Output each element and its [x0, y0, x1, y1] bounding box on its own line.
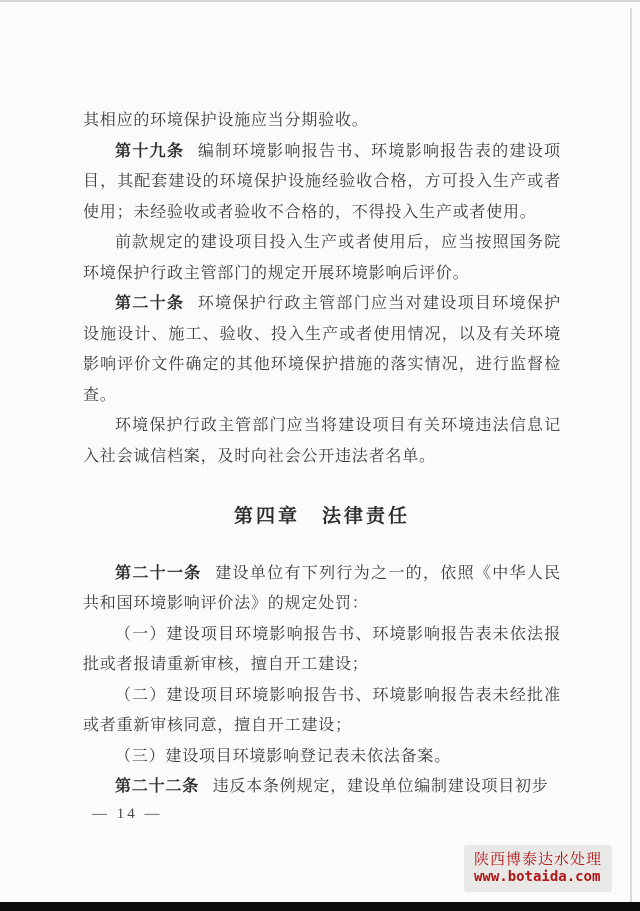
scan-right-edge [630, 8, 632, 902]
watermark-url: www.botaida.com [474, 869, 602, 886]
article-number: 第十九条 [115, 143, 184, 160]
article-number: 第二十条 [115, 295, 184, 312]
paragraph: 其相应的环境保护设施应当分期验收。 [83, 106, 561, 137]
paragraph: （一）建设项目环境影响报告书、环境影响报告表未依法报批或者报请重新审核，擅自开工… [83, 620, 561, 681]
scan-bottom-bar [0, 902, 640, 911]
paragraph: 第二十条环境保护行政主管部门应当对建设项目环境保护设施设计、施工、验收、投入生产… [83, 289, 561, 411]
paragraph: 第十九条编制环境影响报告书、环境影响报告表的建设项目，其配套建设的环境保护设施经… [83, 137, 561, 229]
article-number: 第二十一条 [115, 565, 202, 582]
chapter-heading: 第四章 法律责任 [83, 502, 561, 533]
document-page: 其相应的环境保护设施应当分期验收。第十九条编制环境影响报告书、环境影响报告表的建… [0, 0, 640, 911]
document-body: 其相应的环境保护设施应当分期验收。第十九条编制环境影响报告书、环境影响报告表的建… [83, 106, 561, 803]
paragraph: 环境保护行政主管部门应当将建设项目有关环境违法信息记入社会诚信档案，及时向社会公… [83, 411, 561, 472]
paragraph: 第二十二条违反本条例规定，建设单位编制建设项目初步 [83, 772, 561, 803]
article-number: 第二十二条 [115, 778, 199, 795]
watermark-badge: 陕西博泰达水处理 www.botaida.com [464, 845, 612, 892]
paragraph: 第二十一条建设单位有下列行为之一的，依照《中华人民共和国环境影响评价法》的规定处… [83, 559, 561, 620]
paragraph: 前款规定的建设项目投入生产或者使用后，应当按照国务院环境保护行政主管部门的规定开… [83, 228, 561, 289]
watermark-company-name: 陕西博泰达水处理 [474, 850, 602, 869]
paragraph: （二）建设项目环境影响报告书、环境影响报告表未经批准或者重新审核同意，擅自开工建… [83, 681, 561, 742]
page-number: — 14 — [92, 806, 163, 823]
scan-top-edge [0, 0, 640, 2]
paragraph: （三）建设项目环境影响登记表未依法备案。 [83, 742, 561, 773]
